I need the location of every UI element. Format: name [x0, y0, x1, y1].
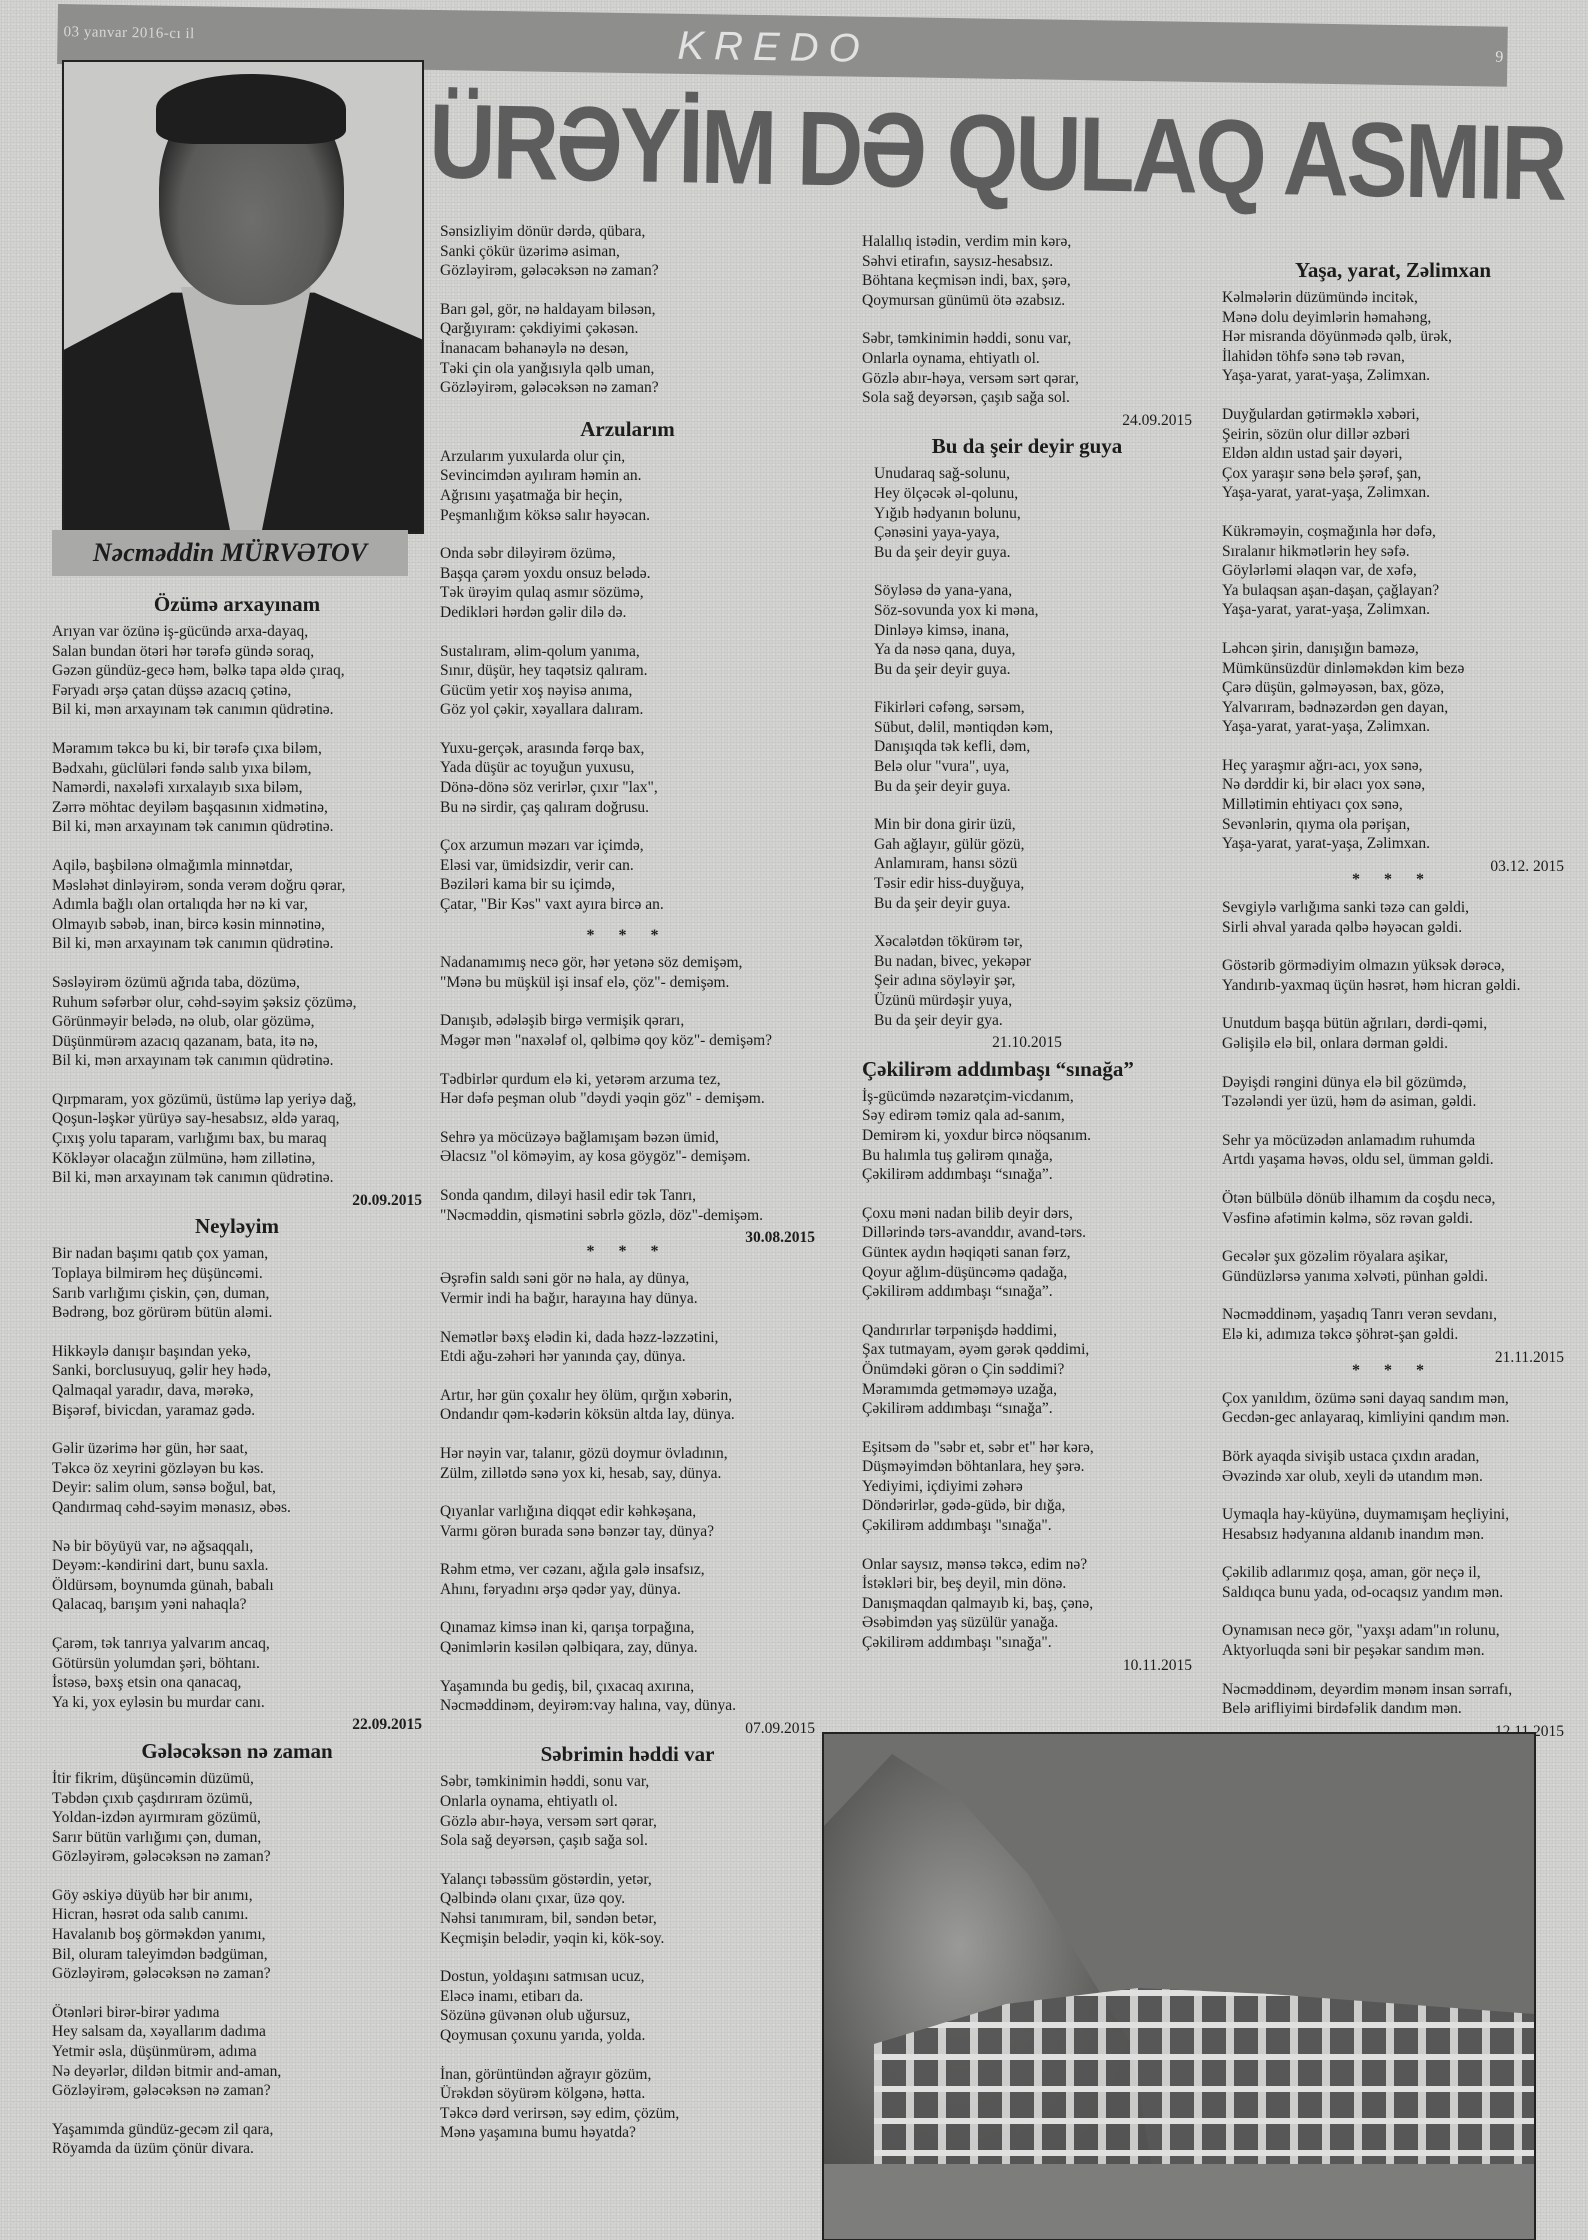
- verse-line: Börk ayaqda sivişib ustaca çıxdın aradan…: [1222, 1447, 1564, 1467]
- stanza: İş-gücümdə nəzarətçim-vicdanım,Səy edirə…: [862, 1087, 1192, 1185]
- verse-line: Qınamaz kimsə inan ki, qarışa torpağına,: [440, 1618, 815, 1638]
- stanza: Yalançı təbəssüm göstərdin, yetər,Qəlbin…: [440, 1870, 815, 1948]
- verse-line: Eşitsəm də "səbr et, səbr et" hər kərə,: [862, 1438, 1192, 1458]
- verse-line: Sevgiylə varlığıma sanki təzə can gəldi,: [1222, 898, 1564, 918]
- stanza: Çox yanıldım, özümə səni dayaq sandım mə…: [1222, 1389, 1564, 1428]
- poem-date: 10.11.2015: [862, 1656, 1192, 1676]
- verse-line: Oynamısan necə gör, "yaxşı adam"ın rolun…: [1222, 1621, 1564, 1641]
- verse-line: Çox yanıldım, özümə səni dayaq sandım mə…: [1222, 1389, 1564, 1409]
- verse-line: Səbr, təmkinimin həddi, sonu var,: [862, 329, 1192, 349]
- poem-body: Arıyan var özünə iş-gücündə arxa-dayaq,S…: [52, 622, 422, 1188]
- verse-line: Çəkilirəm addımbaşı “sınağa”.: [862, 1399, 1192, 1419]
- verse-line: Göy əskiyə düyüb hər bir anımı,: [52, 1886, 422, 1906]
- verse-line: Salan bundan ötəri hər tərəfə gündə sora…: [52, 642, 422, 662]
- verse-line: Zülm, zillətdə sənə yox ki, hesab, say, …: [440, 1464, 815, 1484]
- column-3: Halallıq istədin, verdim min kərə,Səhvi …: [862, 232, 1192, 1677]
- verse-line: Qoyur ağlım-düşüncəmə qadağa,: [862, 1263, 1192, 1283]
- verse-line: Olmayıb səbəb, inan, bircə kəsin minnəti…: [52, 915, 422, 935]
- poem-date: 22.09.2015: [52, 1715, 422, 1735]
- verse-line: Təsir edir hiss-duyğuya,: [874, 874, 1192, 894]
- stanza: Hikkəylə danışır başından yekə,Sanki, bo…: [52, 1342, 422, 1420]
- verse-line: Təkcə öz xeyrini gözləyən bu kəs.: [52, 1459, 422, 1479]
- page-headline: ÜRƏYİM DƏ QULAQ ASMIR SÖZÜMƏ: [428, 84, 1520, 221]
- verse-line: Qoymusan çoxunu yarıda, yolda.: [440, 2026, 815, 2046]
- verse-line: Çarə düşün, gəlməyəsən, bax, gözə,: [1222, 678, 1564, 698]
- stanza: Onda səbr diləyirəm özümə,Başqa çarəm yo…: [440, 544, 815, 622]
- verse-line: Yalançı təbəssüm göstərdin, yetər,: [440, 1870, 815, 1890]
- verse-line: Təzələndi yer üzü, həm də asiman, gəldi.: [1222, 1092, 1564, 1112]
- verse-line: Düşünmürəm azacıq qazanam, bata, itə nə,: [52, 1032, 422, 1052]
- verse-line: Bu da şeir deyir guya.: [874, 894, 1192, 914]
- stanza: Min bir donа girir üzü,Gah ağlayır, gülü…: [874, 815, 1192, 913]
- poem-body: Bir nadan başımı qatıb çox yaman,Toplaya…: [52, 1244, 422, 1712]
- verse-line: Təki çin ola yanğısıyla qəlb uman,: [440, 359, 815, 379]
- verse-line: Çəkilirəm addımbaşı “sınağa”.: [862, 1165, 1192, 1185]
- stanza: Arıyan var özünə iş-gücündə arxa-dayaq,S…: [52, 622, 422, 720]
- verse-line: Bəziləri kama bir su içimdə,: [440, 875, 815, 895]
- verse-line: Yoldan-izdən ayırmıram gözümü,: [52, 1808, 422, 1828]
- verse-line: Yaşa-yarat, yarat-yaşa, Zəlimxan.: [1222, 834, 1564, 854]
- verse-line: Arıyan var özünə iş-gücündə arxa-dayaq,: [52, 622, 422, 642]
- verse-line: Sola sağ deyərsən, çaşıb sağa sol.: [862, 388, 1192, 408]
- verse-line: Adımla bağlı olan ortalıqda hər nə ki va…: [52, 895, 422, 915]
- verse-line: Ötənləri birər-birər yadıma: [52, 2003, 422, 2023]
- poem-body: Arzularım yuxularda olur çin,Sevincimdən…: [440, 447, 815, 915]
- stanza: Səbr, təmkinimin həddi, sonu var,Onlarla…: [862, 329, 1192, 407]
- stanza: İtir fikrim, düşüncəmin düzümü,Təbdən çı…: [52, 1769, 422, 1867]
- verse-line: Yığıb hədyanın bolunu,: [874, 504, 1192, 524]
- stanza: Sehrə ya möcüzəyə bağlamışam bəzən ümid,…: [440, 1128, 815, 1167]
- verse-line: Qandırırlar tərpənişdə həddimi,: [862, 1321, 1192, 1341]
- verse-line: Sənsizliyim dönür dərdə, qübara,: [440, 222, 815, 242]
- verse-line: Məramımda getməməyə uzağa,: [862, 1380, 1192, 1400]
- verse-line: Toplaya bilmirəm heç düşüncəmi.: [52, 1264, 422, 1284]
- poem-body: İtir fikrim, düşüncəmin düzümü,Təbdən çı…: [52, 1769, 422, 2159]
- verse-line: Nəcməddinəm, yaşadıq Tanrı verən sevdanı…: [1222, 1305, 1564, 1325]
- verse-line: Etdi ağu-zəhəri hər yanında çay, dünya.: [440, 1347, 815, 1367]
- stanza: Heç yaraşmır ağrı-acı, yox sənə,Nə dərdd…: [1222, 756, 1564, 854]
- verse-line: İstəkləri bir, beş deyil, min dönə.: [862, 1574, 1192, 1594]
- verse-line: Unutdum başqa bütün ağrıları, dərdi-qəmi…: [1222, 1014, 1564, 1034]
- verse-line: Ahını, fəryadını ərşə qədər yay, dünya.: [440, 1580, 815, 1600]
- verse-line: Sıralanır hikmətlərin hey səfə.: [1222, 542, 1564, 562]
- verse-line: Hər nəyin var, talanır, gözü doymur övla…: [440, 1444, 815, 1464]
- verse-line: Dəyişdi rəngini dünya elə bil gözümdə,: [1222, 1073, 1564, 1093]
- verse-line: Sola sağ deyərsən, çaşıb sağa sol.: [440, 1831, 815, 1851]
- stanza: Yuxu-gerçək, arasında fərqə bax,Yada düş…: [440, 739, 815, 817]
- verse-line: Fəryadı ərşə çatan düşsə azacıq çətinə,: [52, 681, 422, 701]
- verse-line: Səsləyirəm özümü ağrıda taba, dözümə,: [52, 973, 422, 993]
- verse-line: Yaşa-yarat, yarat-yaşa, Zəlimxan.: [1222, 717, 1564, 737]
- verse-line: Bu halımla tuş gəlirəm qınağa,: [862, 1146, 1192, 1166]
- stanza: Qınamaz kimsə inan ki, qarışa torpağına,…: [440, 1618, 815, 1657]
- stanza: Sənsizliyim dönür dərdə, qübara,Sanki çö…: [440, 222, 815, 281]
- poem-title: Səbrimin həddi var: [440, 1742, 815, 1766]
- poem-body: Kəlmələrin düzümündə incitək,Mənə dolu d…: [1222, 288, 1564, 854]
- verse-line: Arzularım yuxularda olur çin,: [440, 447, 815, 467]
- verse-line: Varmı görən burada sənə bənzər tay, düny…: [440, 1522, 815, 1542]
- verse-line: Çarəm, tək tanrıya yalvarım ancaq,: [52, 1634, 422, 1654]
- verse-line: Namərdi, naxələfi xırxalayıb sıxa biləm,: [52, 778, 422, 798]
- stanza: Barı gəl, gör, nə haldayam biləsən,Qarğı…: [440, 300, 815, 398]
- verse-line: Ya da nəsə qana, duya,: [874, 640, 1192, 660]
- stanza: Əşrəfin saldı səni gör nə hala, ay dünya…: [440, 1269, 815, 1308]
- verse-line: Kökləyər olacağın zülmünə, həm zillətinə…: [52, 1149, 422, 1169]
- stanza: Sehr ya möcüzədən anlamadım ruhumdaArtdı…: [1222, 1131, 1564, 1170]
- verse-line: Söz-sovunda yox ki məna,: [874, 601, 1192, 621]
- verse-line: Yaşa-yarat, yarat-yaşa, Zəlimxan.: [1222, 366, 1564, 386]
- verse-line: Gəlişilə elə bil, onlara dərman gəldi.: [1222, 1034, 1564, 1054]
- verse-line: Nə dərddir ki, bir əlacı yox sənə,: [1222, 775, 1564, 795]
- poem-body: Əşrəfin saldı səni gör nə hala, ay dünya…: [440, 1269, 815, 1716]
- poem-body: Çox yanıldım, özümə səni dayaq sandım mə…: [1222, 1389, 1564, 1719]
- author-portrait: [62, 60, 424, 534]
- verse-line: Millətimin ehtiyacı çox sənə,: [1222, 795, 1564, 815]
- verse-line: Ya bulaqsan aşan-daşan, çağlayan?: [1222, 581, 1564, 601]
- poem-body: Sevgiylə varlığıma sanki təzə can gəldi,…: [1222, 898, 1564, 1345]
- verse-line: Günteк aydın həqiqəti sanan fərz,: [862, 1243, 1192, 1263]
- stanza: Oynamısan necə gör, "yaxşı adam"ın rolun…: [1222, 1621, 1564, 1660]
- verse-line: Röyamda da üzüm çönür divara.: [52, 2139, 422, 2159]
- verse-line: Demirəm ki, yoxdur bircə nöqsanım.: [862, 1126, 1192, 1146]
- verse-line: Məramım təkcə bu ki, bir tərəfə çıxa bil…: [52, 739, 422, 759]
- verse-line: İnan, görüntündən ağrayır gözüm,: [440, 2065, 815, 2085]
- stanza: Aqilə, başbilənə olmağımla minnətdar,Məs…: [52, 856, 422, 954]
- verse-line: Götürsün yolumdan şəri, böhtanı.: [52, 1654, 422, 1674]
- verse-line: Elə ki, adımıza təkcə şöhrət-şan gəldi.: [1222, 1325, 1564, 1345]
- stanza: Söyləsə də yana-yana,Söz-sovunda yox ki …: [874, 581, 1192, 679]
- verse-line: Şax tutmayam, əyəm gərək qəddimi,: [862, 1340, 1192, 1360]
- verse-line: Bil, oluram taleyimdən bədgüman,: [52, 1945, 422, 1965]
- verse-line: Sübut, dəlil, məntiqdən kəm,: [874, 718, 1192, 738]
- verse-line: Yandırıb-yaxmaq üçün həsrət, həm hicran …: [1222, 976, 1564, 996]
- verse-line: Çəkilirəm addımbaşı "sınağa".: [862, 1633, 1192, 1653]
- stanza: Sevgiylə varlığıma sanki təzə can gəldi,…: [1222, 898, 1564, 937]
- verse-line: Dönə-dönə söz verirlər, çıxır "lax",: [440, 778, 815, 798]
- stanza: Tədbirlər qurdum elə ki, yetərəm arzuma …: [440, 1070, 815, 1109]
- verse-line: Yaşamında bu gediş, bil, çıxacaq axırına…: [440, 1677, 815, 1697]
- verse-line: Mənə yaşamına bumu həyatda?: [440, 2123, 815, 2143]
- verse-line: Deyir: salim olum, sənsə boğul, bat,: [52, 1478, 422, 1498]
- verse-line: Bil ki, mən arxayınam tək canımın qüdrət…: [52, 934, 422, 954]
- verse-line: Gözləyirəm, gələcəksən nə zaman?: [440, 378, 815, 398]
- verse-line: Eləcə inamı, etibarı da.: [440, 1987, 815, 2007]
- verse-line: Nəcməddinəm, deyirəm:vay halına, vay, dü…: [440, 1696, 815, 1716]
- verse-line: Gözləyirəm, gələcəksən nə zaman?: [52, 1847, 422, 1867]
- stanza: Duyğulardan gətirməklə xəbəri,Şeirin, sö…: [1222, 405, 1564, 503]
- verse-line: Heç yaraşmır ağrı-acı, yox sənə,: [1222, 756, 1564, 776]
- verse-line: Anlamıram, hansı sözü: [874, 854, 1192, 874]
- verse-line: Şeir adına söyləyir şər,: [874, 971, 1192, 991]
- poem-title: Çəkilirəm addımbaşı “sınağa”: [862, 1057, 1192, 1081]
- verse-line: Eləsi var, ümidsizdir, verir can.: [440, 856, 815, 876]
- verse-line: Danışıb, ədələşib birgə vermişik qərarı,: [440, 1011, 815, 1031]
- verse-line: Başqa çarəm yoxdu onsuz belədə.: [440, 564, 815, 584]
- verse-line: Yetmir əsla, düşünmürəm, adıma: [52, 2042, 422, 2062]
- verse-line: Hər misranda döyünmədə qəlb, ürək,: [1222, 327, 1564, 347]
- verse-line: Onlar saysız, mənsə təkcə, edim nə?: [862, 1555, 1192, 1575]
- building-photo: [822, 1732, 1536, 2240]
- stanza: Halallıq istədin, verdim min kərə,Səhvi …: [862, 232, 1192, 310]
- stanza: Sonda qandım, diləyi hasil edir tək Tanr…: [440, 1186, 815, 1225]
- verse-line: Zərrə möhtac deyiləm başqasının xidmətin…: [52, 798, 422, 818]
- stanza: Xəcalətdən tökürəm tər,Bu nadan, bivec, …: [874, 932, 1192, 1030]
- verse-line: Hey salsam da, xəyallarım dadıma: [52, 2022, 422, 2042]
- stanza: Nadanamımış necə gör, hər yetənə söz dem…: [440, 953, 815, 992]
- poem-date: 21.10.2015: [862, 1033, 1192, 1053]
- verse-line: Unudaraq sağ-solunu,: [874, 464, 1192, 484]
- verse-line: Vermir indi ha bağır, harayına hay dünya…: [440, 1289, 815, 1309]
- stanza: Gecələr şux gözəlim röyalara aşikar,Günd…: [1222, 1247, 1564, 1286]
- verse-line: Göylərləmi əlaqən var, de xəfə,: [1222, 561, 1564, 581]
- verse-line: Dostun, yoldaşını satmısan ucuz,: [440, 1967, 815, 1987]
- stanza: Nə bir böyüyü var, nə ağsaqqalı,Deyəm:-k…: [52, 1537, 422, 1615]
- verse-line: Şeirin, sözün olur dillər əzbəri: [1222, 425, 1564, 445]
- verse-line: Çəkilib adlarımız qoşa, aman, gör neçə i…: [1222, 1563, 1564, 1583]
- page-number: 9: [1495, 49, 1503, 67]
- verse-line: Dinləyə kimsə, inana,: [874, 621, 1192, 641]
- stanza: Nəcməddinəm, yaşadıq Tanrı verən sevdanı…: [1222, 1305, 1564, 1344]
- verse-line: Böhtana keçmisən indi, bax, şərə,: [862, 271, 1192, 291]
- verse-line: Qoymursan günümü ötə əzabsız.: [862, 291, 1192, 311]
- verse-line: Görünməyir belədə, nə olub, olar gözümə,: [52, 1012, 422, 1032]
- column-4: Yaşa, yarat, Zəlimxan Kəlmələrin düzümün…: [1222, 254, 1564, 1743]
- verse-line: Keçmişin belədir, yəqin ki, kök-soy.: [440, 1929, 815, 1949]
- verse-line: Hicran, həsrət oda salıb canımı.: [52, 1905, 422, 1925]
- verse-line: Ötən bülbülə dönüb ilhamım da coşdu necə…: [1222, 1189, 1564, 1209]
- verse-line: Mənə dolu deyimlərin həmahəng,: [1222, 308, 1564, 328]
- verse-line: Bu nadan, bivec, yekəpər: [874, 952, 1192, 972]
- verse-line: Ya ki, yox eyləsin bu murdar canı.: [52, 1693, 422, 1713]
- stanza: Fikirləri cəfəng, sərsəm,Sübut, dəlil, m…: [874, 698, 1192, 796]
- poem-date: 07.09.2015: [440, 1719, 815, 1739]
- stanza: Ləhcən şirin, danışığın baməzə,Mümkünsüz…: [1222, 639, 1564, 737]
- verse-line: Hikkəylə danışır başından yekə,: [52, 1342, 422, 1362]
- verse-line: Sarır bütün varlığımı çən, duman,: [52, 1828, 422, 1848]
- verse-line: Üzünü mürdəşir yuya,: [874, 991, 1192, 1011]
- verse-line: Səy edirəm təmiz qala ad-sanım,: [862, 1106, 1192, 1126]
- verse-line: Qalmaqal yaradır, dava, mərəkə,: [52, 1381, 422, 1401]
- verse-line: Qırpmaram, yox gözümü, üstümə lap yeriyə…: [52, 1090, 422, 1110]
- stanza: Unudaraq sağ-solunu,Hey ölçəcək əl-qolun…: [874, 464, 1192, 562]
- issue-date: 03 yanvar 2016-cı il: [63, 24, 194, 43]
- verse-line: Bədrəng, boz görürəm bütün aləmi.: [52, 1303, 422, 1323]
- verse-line: Əvəzində xar olub, xeyli də utandım mən.: [1222, 1467, 1564, 1487]
- verse-line: Yaşa-yarat, yarat-yaşa, Zəlimxan.: [1222, 483, 1564, 503]
- stanza: Yaşamında bu gediş, bil, çıxacaq axırına…: [440, 1677, 815, 1716]
- verse-line: Sarıb varlığımı çiskin, çən, duman,: [52, 1284, 422, 1304]
- verse-line: Dedikləri hərdən gəlir dilə də.: [440, 603, 815, 623]
- verse-line: Uymaqla hay-küyünə, duymamışam heçliyini…: [1222, 1505, 1564, 1525]
- verse-line: Səbr, təmkinimin həddi, sonu var,: [440, 1772, 815, 1792]
- verse-line: Sehr ya möcüzədən anlamadım ruhumda: [1222, 1131, 1564, 1151]
- verse-line: Çox yaraşır sənə belə şərəf, şan,: [1222, 464, 1564, 484]
- verse-line: Hər dəfə peşman olub "dəydi yəqin göz" -…: [440, 1089, 815, 1109]
- verse-line: Onlarla oynama, ehtiyatlı ol.: [440, 1792, 815, 1812]
- stanza: Ötən bülbülə dönüb ilhamım da coşdu necə…: [1222, 1189, 1564, 1228]
- verse-line: Rəhm etmə, ver cəzanı, ağıla gələ insafs…: [440, 1560, 815, 1580]
- stanza: Nemətlər bəxş elədin ki, dada həzz-ləzzə…: [440, 1328, 815, 1367]
- verse-line: Eldən aldın ustad şair dəyəri,: [1222, 444, 1564, 464]
- verse-line: Gözlə abır-həya, versəm sərt qərar,: [440, 1812, 815, 1832]
- verse-line: Belə olur "vura", uya,: [874, 757, 1192, 777]
- portrait-hair: [156, 74, 346, 144]
- verse-line: Məgər mən "naxələf ol, qəlbimə qoy köz"-…: [440, 1031, 815, 1051]
- stanza: Ötənləri birər-birər yadımaHey salsam da…: [52, 2003, 422, 2101]
- column-1: Özümə arxayınam Arıyan var özünə iş-gücü…: [52, 588, 422, 2178]
- verse-line: Bil ki, mən arxayınam tək canımın qüdrət…: [52, 817, 422, 837]
- stanza: Kükrəməyin, coşmağınla hər dəfə,Sıralanı…: [1222, 522, 1564, 620]
- verse-line: Yada düşür ac toyuğun yuxusu,: [440, 758, 815, 778]
- verse-line: Nə deyərlər, dildən bitmir and-aman,: [52, 2062, 422, 2082]
- verse-line: Söyləsə də yana-yana,: [874, 581, 1192, 601]
- verse-line: Yuxu-gerçək, arasında fərqə bax,: [440, 739, 815, 759]
- verse-line: Duyğulardan gətirməklə xəbəri,: [1222, 405, 1564, 425]
- verse-line: Gecələr şux gözəlim röyalara aşikar,: [1222, 1247, 1564, 1267]
- verse-line: Sevənlərin, qıyma ola pərişan,: [1222, 815, 1564, 835]
- verse-line: Əsəbimdən yaş süzülür yanağa.: [862, 1613, 1192, 1633]
- stanza: Arzularım yuxularda olur çin,Sevincimdən…: [440, 447, 815, 525]
- stanza: Yaşamımda gündüz-gecəm zil qara,Röyamda …: [52, 2120, 422, 2159]
- poem-title: Neyləyim: [52, 1214, 422, 1238]
- verse-line: Qəlbində olanı çıxar, üzə qoy.: [440, 1889, 815, 1909]
- verse-line: Yediyimi, içdiyimi zəhərə: [862, 1477, 1192, 1497]
- verse-line: Sanki, borclusuyuq, gəlir hey hədə,: [52, 1361, 422, 1381]
- stanza: Börk ayaqda sivişib ustaca çıxdın aradan…: [1222, 1447, 1564, 1486]
- verse-line: İstəsə, bəxş etsin ona qanacaq,: [52, 1673, 422, 1693]
- verse-line: Min bir donа girir üzü,: [874, 815, 1192, 835]
- stanza: Dostun, yoldaşını satmısan ucuz,Eləcə in…: [440, 1967, 815, 2045]
- verse-line: Çəkilirəm addımbaşı “sınağa”.: [862, 1282, 1192, 1302]
- verse-line: Yalvarıram, bədnəzərdən gen dayan,: [1222, 698, 1564, 718]
- verse-line: Gecdən-gec anlayaraq, kimliyini qandım m…: [1222, 1408, 1564, 1428]
- verse-line: Sınır, düşür, hey taqətsiz qalıram.: [440, 661, 815, 681]
- verse-line: Sehrə ya möcüzəyə bağlamışam bəzən ümid,: [440, 1128, 815, 1148]
- stanza: Dəyişdi rəngini dünya elə bil gözümdə,Tə…: [1222, 1073, 1564, 1112]
- stanza: Onlar saysız, mənsə təkcə, edim nə?İstək…: [862, 1555, 1192, 1653]
- verse-line: Mümkünsüzdür dinləməkdən kim bezə: [1222, 659, 1564, 679]
- section-name: KREDO: [677, 24, 870, 72]
- verse-line: Yaşa-yarat, yarat-yaşa, Zəlimxan.: [1222, 600, 1564, 620]
- verse-line: Artdı yaşama həvəs, oldu sel, ümman gəld…: [1222, 1150, 1564, 1170]
- verse-line: Təbdən çıxıb çaşdırıram özümü,: [52, 1789, 422, 1809]
- verse-line: Nə bir böyüyü var, nə ağsaqqalı,: [52, 1537, 422, 1557]
- verse-line: Bu nə sirdir, çaş qalıram doğrusu.: [440, 798, 815, 818]
- verse-line: Bil ki, mən arxayınam tək canımın qüdrət…: [52, 1168, 422, 1188]
- verse-line: Bu da şeir deyir guya.: [874, 777, 1192, 797]
- stanza: Eşitsəm də "səbr et, səbr et" hər kərə,D…: [862, 1438, 1192, 1536]
- stanza: Qırpmaram, yox gözümü, üstümə lap yeriyə…: [52, 1090, 422, 1188]
- stanza: İnan, görüntündən ağrayır gözüm,Ürəkdən …: [440, 2065, 815, 2143]
- verse-line: Tək ürəyim qulaq asmır sözümə,: [440, 583, 815, 603]
- verse-line: Fikirləri cəfəng, sərsəm,: [874, 698, 1192, 718]
- verse-line: Çıxış yolu taparam, varlığımı bax, bu ma…: [52, 1129, 422, 1149]
- stanza: Göy əskiyə düyüb hər bir anımı,Hicran, h…: [52, 1886, 422, 1984]
- verse-line: Sirli əhval yarada qəlbə həyəcan gəldi.: [1222, 918, 1564, 938]
- verse-line: Barı gəl, gör, nə haldayam biləsən,: [440, 300, 815, 320]
- verse-line: Nemətlər bəxş elədin ki, dada həzz-ləzzə…: [440, 1328, 815, 1348]
- verse-line: "Mənə bu müşkül işi insaf elə, çöz"- dem…: [440, 973, 815, 993]
- poem-title: Bu da şeir deyir guya: [862, 434, 1192, 458]
- poem-title: Özümə arxayınam: [52, 592, 422, 616]
- stanza: Məramım təkcə bu ki, bir tərəfə çıxa bil…: [52, 739, 422, 837]
- verse-line: Belə arifliyimi birdəfəlik dandım mən.: [1222, 1699, 1564, 1719]
- stanza: Nəcməddinəm, deyərdim mənəm insan sərraf…: [1222, 1680, 1564, 1719]
- verse-line: Çox arzumun məzarı var içimdə,: [440, 836, 815, 856]
- stanza: Qıyanlar varlığına diqqət edir kəhkəşana…: [440, 1502, 815, 1541]
- section-separator-stars: * * *: [440, 926, 815, 946]
- verse-line: Çoxu məni nadan bilib deyir dərs,: [862, 1204, 1192, 1224]
- verse-line: Bu da şeir deyir guya.: [874, 543, 1192, 563]
- verse-line: Nəcməddinəm, deyərdim mənəm insan sərraf…: [1222, 1680, 1564, 1700]
- verse-line: Sözünə güvənən olub uğursuz,: [440, 2006, 815, 2026]
- verse-line: Deyəm:-kəndirini dart, bunu saxla.: [52, 1556, 422, 1576]
- verse-line: Bişərəf, bivicdan, yaramaz gədə.: [52, 1401, 422, 1421]
- verse-line: Öldürsəm, boynumda günah, babalı: [52, 1576, 422, 1596]
- verse-line: Onda səbr diləyirəm özümə,: [440, 544, 815, 564]
- verse-line: Ruhum səfərbər olur, cəhd-səyim şəksiz ç…: [52, 993, 422, 1013]
- verse-line: Gəlir üzərimə hər gün, hər saat,: [52, 1439, 422, 1459]
- verse-line: Artır, hər gün çoxalır hey ölüm, qırğın …: [440, 1386, 815, 1406]
- poem-body: Nadanamımış necə gör, hər yetənə söz dem…: [440, 953, 815, 1225]
- verse-line: Saldıqca bunu yada, od-ocaqsız yandım mə…: [1222, 1583, 1564, 1603]
- stanza: Səbr, təmkinimin həddi, sonu var,Onlarla…: [440, 1772, 815, 1850]
- stanza: Çarəm, tək tanrıya yalvarım ancaq,Götürs…: [52, 1634, 422, 1712]
- stanza: Çəkilib adlarımız qoşa, aman, gör neçə i…: [1222, 1563, 1564, 1602]
- verse-line: Qıyanlar varlığına diqqət edir kəhkəşana…: [440, 1502, 815, 1522]
- verse-line: Qarğıyıram: çəkdiyimi çəkəsən.: [440, 319, 815, 339]
- stanza: Bir nadan başımı qatıb çox yaman,Toplaya…: [52, 1244, 422, 1322]
- poem-title: Yaşa, yarat, Zəlimxan: [1222, 258, 1564, 282]
- verse-line: Nadanamımış necə gör, hər yetənə söz dem…: [440, 953, 815, 973]
- stanza: Qandırırlar tərpənişdə həddimi,Şax tutma…: [862, 1321, 1192, 1419]
- photo-ground: [824, 2164, 1534, 2239]
- stanza: Səsləyirəm özümü ağrıda taba, dözümə,Ruh…: [52, 973, 422, 1071]
- verse-line: Bil ki, mən arxayınam tək canımın qüdrət…: [52, 700, 422, 720]
- verse-line: Peşmanlığım köksə salır həyəcan.: [440, 506, 815, 526]
- verse-line: Ondandır qəm-kədərin köksün altda lay, d…: [440, 1405, 815, 1425]
- verse-line: Səhvi etirafın, saysız-hesabsız.: [862, 252, 1192, 272]
- verse-line: Hey ölçəcək əl-qolunu,: [874, 484, 1192, 504]
- verse-line: Hesabsız hədyanına aldanıb inandım mən.: [1222, 1525, 1564, 1545]
- verse-line: Qənimlərin kəsilən qəlbiqara, zay, dünya…: [440, 1638, 815, 1658]
- verse-line: Gözləyirəm, gələcəksən nə zaman?: [52, 1964, 422, 1984]
- verse-line: Aqilə, başbilənə olmağımla minnətdar,: [52, 856, 422, 876]
- verse-line: Göstərib görmədiyim olmazın yüksək dərəc…: [1222, 956, 1564, 976]
- verse-line: İnanacam bəhanəylə nə desən,: [440, 339, 815, 359]
- poem-body: Unudaraq sağ-solunu,Hey ölçəcək əl-qolun…: [862, 464, 1192, 1030]
- verse-line: Halallıq istədin, verdim min kərə,: [862, 232, 1192, 252]
- verse-line: Önümdəki görən o Çin səddimi?: [862, 1360, 1192, 1380]
- stanza: Hər nəyin var, talanır, gözü doymur övla…: [440, 1444, 815, 1483]
- verse-line: Havalanıb boş görməkdən yanımı,: [52, 1925, 422, 1945]
- verse-line: Çəkilirəm addımbaşı "sınağa".: [862, 1516, 1192, 1536]
- poem-body-continued: Sənsizliyim dönür dərdə, qübara,Sanki çö…: [440, 222, 815, 398]
- verse-line: Gözlə abır-həya, versəm sərt qərar,: [862, 369, 1192, 389]
- poem-date: 20.09.2015: [52, 1191, 422, 1211]
- verse-line: Qalacaq, barışım yəni nahaqla?: [52, 1595, 422, 1615]
- stanza: Gəlir üzərimə hər gün, hər saat,Təkcə öz…: [52, 1439, 422, 1517]
- stanza: Danışıb, ədələşib birgə vermişik qərarı,…: [440, 1011, 815, 1050]
- poem-title: Gələcəksən nə zaman: [52, 1739, 422, 1763]
- verse-line: Qandırmaq cəhd-səyim mənasız, əbəs.: [52, 1498, 422, 1518]
- stanza: Kəlmələrin düzümündə incitək,Mənə dolu d…: [1222, 288, 1564, 386]
- stanza: Çox arzumun məzarı var içimdə,Eləsi var,…: [440, 836, 815, 914]
- verse-line: Yaşamımda gündüz-gecəm zil qara,: [52, 2120, 422, 2140]
- verse-line: Gah ağlayır, gülür gözü,: [874, 835, 1192, 855]
- poem-body-continued: Halallıq istədin, verdim min kərə,Səhvi …: [862, 232, 1192, 408]
- verse-line: Döndərirlər, gədə-güdə, bir dığa,: [862, 1496, 1192, 1516]
